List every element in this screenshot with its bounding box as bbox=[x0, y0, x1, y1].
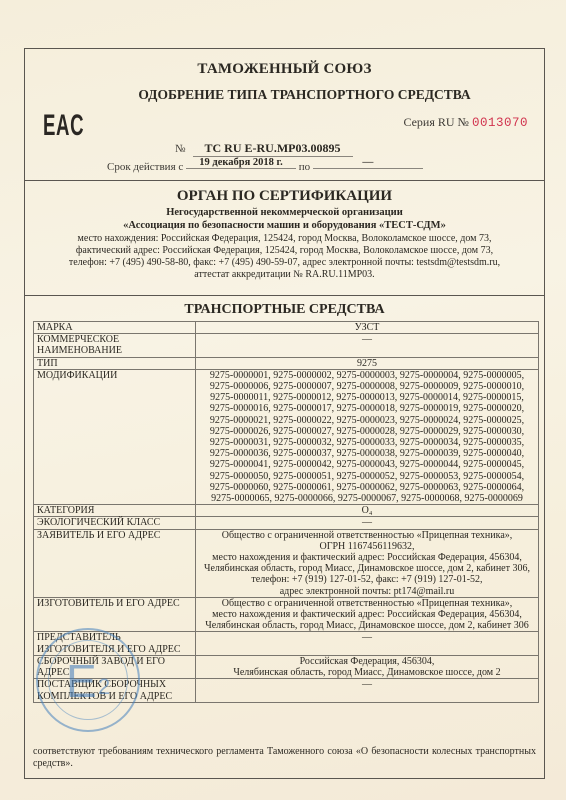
value-line: 9275-0000050, 9275-0000051, 9275-0000052… bbox=[199, 471, 535, 482]
row-value: — bbox=[196, 679, 539, 702]
certificate-number: № ТС RU E-RU.MP03.00895 bbox=[175, 141, 353, 157]
series-label: Серия RU № bbox=[403, 115, 469, 129]
org-type: Негосударственной некоммерческой организ… bbox=[25, 207, 544, 218]
vehicles-table: МАРКАУЗСТКОММЕРЧЕСКОЕ НАИМЕНОВАНИЕ—ТИП92… bbox=[33, 321, 539, 703]
value-line: Челябинская область, город Миасс, Динамо… bbox=[199, 563, 535, 574]
value-line: 9275-0000065, 9275-0000066, 9275-0000067… bbox=[199, 493, 535, 504]
row-label: ПРЕДСТАВИТЕЛЬ ИЗГОТОВИТЕЛЯ И ЕГО АДРЕС bbox=[34, 632, 196, 655]
document-title: ОДОБРЕНИЕ ТИПА ТРАНСПОРТНОГО СРЕДСТВА bbox=[25, 87, 544, 103]
row-value: O₄ bbox=[196, 505, 539, 517]
value-line: Общество с ограниченной ответственностью… bbox=[199, 598, 535, 609]
value-line: 9275-0000021, 9275-0000022, 9275-0000023… bbox=[199, 415, 535, 426]
table-row: КОММЕРЧЕСКОЕ НАИМЕНОВАНИЕ— bbox=[34, 334, 539, 357]
value-line: 9275-0000036, 9275-0000037, 9275-0000038… bbox=[199, 448, 535, 459]
value-line: место нахождения и фактический адрес: Ро… bbox=[199, 609, 535, 620]
cert-no-label: № bbox=[175, 143, 186, 155]
value-line: 9275-0000001, 9275-0000002, 9275-0000003… bbox=[199, 370, 535, 381]
value-line: 9275-0000026, 9275-0000027, 9275-0000028… bbox=[199, 426, 535, 437]
row-label: ЗАЯВИТЕЛЬ И ЕГО АДРЕС bbox=[34, 529, 196, 597]
value-line: Российская Федерация, 456304, bbox=[199, 656, 535, 667]
value-line: Челябинская область, город Миасс, Динамо… bbox=[199, 620, 535, 631]
row-value: 9275 bbox=[196, 357, 539, 369]
table-row: ПРЕДСТАВИТЕЛЬ ИЗГОТОВИТЕЛЯ И ЕГО АДРЕС— bbox=[34, 632, 539, 655]
value-line: ОГРН 1167456119632, bbox=[199, 541, 535, 552]
row-label: КАТЕГОРИЯ bbox=[34, 505, 196, 517]
row-label: СБОРОЧНЫЙ ЗАВОД И ЕГО АДРЕС bbox=[34, 655, 196, 678]
row-value: — bbox=[196, 334, 539, 357]
row-label: ПОСТАВЩИК СБОРОЧНЫХ КОМПЛЕКТОВ И ЕГО АДР… bbox=[34, 679, 196, 702]
row-label: ЭКОЛОГИЧЕСКИЙ КЛАСС bbox=[34, 517, 196, 529]
series-value: 0013070 bbox=[472, 116, 528, 130]
value-line: Общество с ограниченной ответственностью… bbox=[199, 530, 535, 541]
certificate-sheet: ТАМОЖЕННЫЙ СОЮЗ ОДОБРЕНИЕ ТИПА ТРАНСПОРТ… bbox=[24, 48, 545, 779]
row-value: УЗСТ bbox=[196, 322, 539, 334]
org-address-line: место нахождения: Российская Федерация, … bbox=[25, 233, 544, 245]
value-line: 9275-0000016, 9275-0000017, 9275-0000018… bbox=[199, 403, 535, 414]
table-row: СБОРОЧНЫЙ ЗАВОД И ЕГО АДРЕСРоссийская Фе… bbox=[34, 655, 539, 678]
value-line: Челябинская область, город Миасс, Динамо… bbox=[199, 667, 535, 678]
table-row: ПОСТАВЩИК СБОРОЧНЫХ КОМПЛЕКТОВ И ЕГО АДР… bbox=[34, 679, 539, 702]
cert-no-value: ТС RU E-RU.MP03.00895 bbox=[193, 141, 353, 157]
table-row: ИЗГОТОВИТЕЛЬ И ЕГО АДРЕСОбщество с огран… bbox=[34, 597, 539, 632]
row-value: — bbox=[196, 517, 539, 529]
row-value: Общество с ограниченной ответственностью… bbox=[196, 597, 539, 632]
union-title: ТАМОЖЕННЫЙ СОЮЗ bbox=[25, 61, 544, 78]
value-line: 9275-0000011, 9275-0000012, 9275-0000013… bbox=[199, 392, 535, 403]
row-label: МОДИФИКАЦИИ bbox=[34, 369, 196, 504]
vehicles-title: ТРАНСПОРТНЫЕ СРЕДСТВА bbox=[25, 302, 544, 318]
table-row: КАТЕГОРИЯO₄ bbox=[34, 505, 539, 517]
row-label: ИЗГОТОВИТЕЛЬ И ЕГО АДРЕС bbox=[34, 597, 196, 632]
org-address-line: телефон: +7 (495) 490-58-80, факс: +7 (4… bbox=[25, 257, 544, 269]
section-divider bbox=[25, 180, 544, 181]
row-value: — bbox=[196, 632, 539, 655]
value-line: 9275-0000031, 9275-0000032, 9275-0000033… bbox=[199, 437, 535, 448]
conformity-statement: соответствуют требованиям технического р… bbox=[33, 746, 536, 770]
org-address-line: фактический адрес: Российская Федерация,… bbox=[25, 245, 544, 257]
series-number: Серия RU № 0013070 bbox=[403, 115, 528, 130]
value-line: 9275-0000041, 9275-0000042, 9275-0000043… bbox=[199, 459, 535, 470]
row-value: Российская Федерация, 456304,Челябинская… bbox=[196, 655, 539, 678]
validity-period: Срок действия с 19 декабря 2018 г. по — bbox=[107, 161, 423, 174]
validity-to: — bbox=[313, 156, 423, 169]
row-label: МАРКА bbox=[34, 322, 196, 334]
value-line: адрес электронной почты: pt174@mail.ru bbox=[199, 586, 535, 597]
table-row: ТИП9275 bbox=[34, 357, 539, 369]
table-row: МАРКАУЗСТ bbox=[34, 322, 539, 334]
value-line: 9275-0000060, 9275-0000061, 9275-0000062… bbox=[199, 482, 535, 493]
eac-logo-icon: EAC bbox=[43, 109, 84, 143]
validity-to-label: по bbox=[299, 161, 310, 173]
table-row: ЗАЯВИТЕЛЬ И ЕГО АДРЕСОбщество с ограниче… bbox=[34, 529, 539, 597]
row-label: КОММЕРЧЕСКОЕ НАИМЕНОВАНИЕ bbox=[34, 334, 196, 357]
row-value: Общество с ограниченной ответственностью… bbox=[196, 529, 539, 597]
table-row: МОДИФИКАЦИИ9275-0000001, 9275-0000002, 9… bbox=[34, 369, 539, 504]
table-row: ЭКОЛОГИЧЕСКИЙ КЛАСС— bbox=[34, 517, 539, 529]
value-line: место нахождения и фактический адрес: Ро… bbox=[199, 552, 535, 563]
org-address-line: аттестат аккредитации № RA.RU.11MP03. bbox=[25, 269, 544, 281]
validity-from: 19 декабря 2018 г. bbox=[186, 157, 296, 169]
value-line: телефон: +7 (919) 127-01-52, факс: +7 (9… bbox=[199, 574, 535, 585]
value-line: 9275-0000006, 9275-0000007, 9275-0000008… bbox=[199, 381, 535, 392]
org-name: «Ассоциация по безопасности машин и обор… bbox=[25, 220, 544, 231]
certification-body-title: ОРГАН ПО СЕРТИФИКАЦИИ bbox=[25, 188, 544, 205]
section-divider bbox=[25, 295, 544, 296]
row-label: ТИП bbox=[34, 357, 196, 369]
validity-label: Срок действия с bbox=[107, 161, 183, 173]
row-value: 9275-0000001, 9275-0000002, 9275-0000003… bbox=[196, 369, 539, 504]
